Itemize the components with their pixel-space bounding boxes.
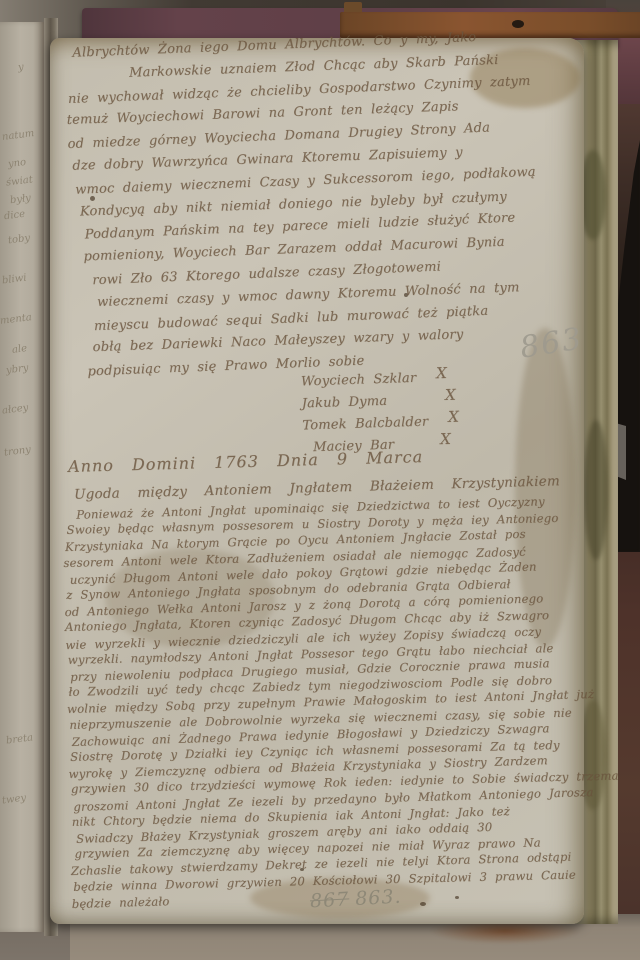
bleed-fragment: były — [9, 193, 31, 206]
bleed-fragment: yno — [7, 157, 26, 170]
entry-second-record: Ponieważ że Antoni Jngłat upominaiąc się… — [62, 493, 584, 910]
bleed-fragment: toby — [7, 233, 30, 247]
signature-list: Woyciech SzklarX Jakub DymaX Tomek Balcb… — [301, 366, 460, 459]
signature-mark: X — [445, 385, 457, 406]
bleed-fragment: bliwi — [1, 273, 27, 287]
fox-spot — [420, 902, 426, 906]
entry-date-line: Anno Domini 1763 Dnia 9 Marca — [68, 447, 424, 476]
signature-name: Tomek Balcbalder — [302, 415, 428, 434]
edge-stain — [584, 420, 608, 560]
signature-name: Woyciech Szklar — [301, 371, 417, 390]
bleed-fragment: twey — [1, 793, 26, 807]
bleed-fragment: natum — [1, 128, 34, 143]
signature-mark: X — [440, 429, 452, 450]
bleed-fragment: y — [17, 62, 24, 74]
signature-name: Jakub Dyma — [301, 394, 387, 412]
signature-mark: X — [436, 363, 448, 384]
bleed-fragment: trony — [3, 444, 31, 458]
bleed-fragment: dice — [3, 209, 25, 222]
archival-number: 863. — [355, 886, 402, 910]
manuscript-page: Albrychtów Żona iego Domu Albrychtów. Co… — [50, 38, 584, 924]
signature-mark: X — [448, 407, 460, 428]
facing-page-edge: y natum yno świat były dice toby bliwi m… — [0, 22, 46, 932]
bleed-fragment: ale — [11, 343, 27, 356]
bleed-fragment: ybry — [5, 363, 29, 377]
bleed-fragment: świat — [5, 174, 33, 188]
photograph-of-manuscript: y natum yno świat były dice toby bliwi m… — [0, 0, 640, 960]
bleed-fragment: breta — [5, 732, 33, 746]
bleed-fragment: ałcey — [1, 402, 29, 416]
entry-first-record: Albrychtów Żona iego Domu Albrychtów. Co… — [64, 24, 578, 383]
bleed-fragment: menta — [0, 312, 32, 327]
archival-number-struck: 867 — [309, 888, 349, 912]
